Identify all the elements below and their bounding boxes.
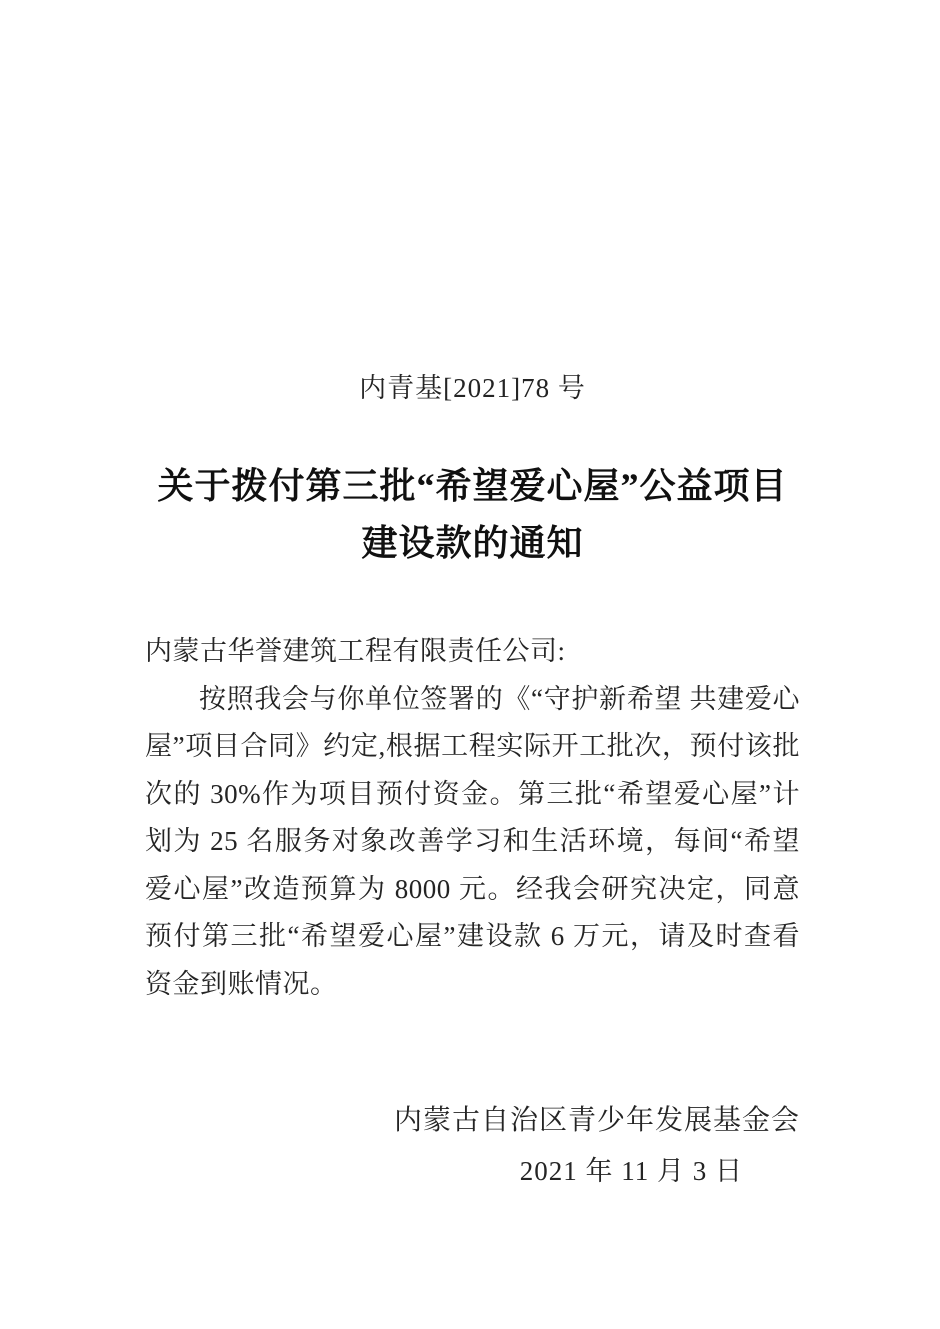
issue-date: 2021 年 11 月 3 日 xyxy=(145,1146,800,1196)
document-number: 内青基[2021]78 号 xyxy=(145,372,800,404)
notice-title-line-2: 建设款的通知 xyxy=(145,515,800,572)
signature-block: 内蒙古自治区青少年发展基金会 2021 年 11 月 3 日 xyxy=(145,1096,800,1196)
notice-title-line-1: 关于拨付第三批“希望爱心屋”公益项目 xyxy=(145,458,800,515)
letter-body: 内蒙古华誉建筑工程有限责任公司: 按照我会与你单位签署的《“守护新希望 共建爱心… xyxy=(145,628,800,1008)
issuer-signature: 内蒙古自治区青少年发展基金会 xyxy=(145,1096,800,1146)
body-paragraph: 按照我会与你单位签署的《“守护新希望 共建爱心屋”项目合同》约定,根据工程实际开… xyxy=(145,676,800,1009)
notice-page: 内青基[2021]78 号 关于拨付第三批“希望爱心屋”公益项目 建设款的通知 … xyxy=(0,0,940,1329)
addressee: 内蒙古华誉建筑工程有限责任公司: xyxy=(145,628,800,676)
notice-title: 关于拨付第三批“希望爱心屋”公益项目 建设款的通知 xyxy=(145,458,800,572)
